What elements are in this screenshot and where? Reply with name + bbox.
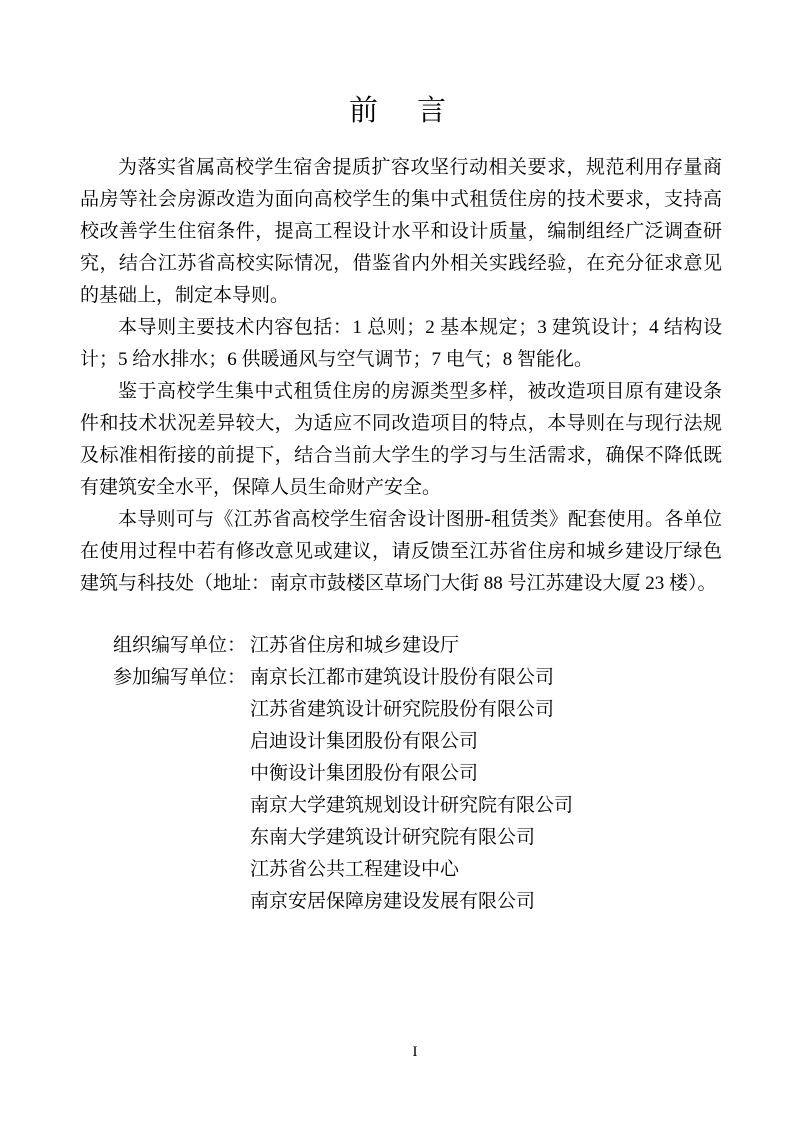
organizer-label: 组织编写单位： <box>113 630 250 662</box>
organizer-name: 江苏省住房和城乡建设厅 <box>250 630 459 662</box>
participant-name: 南京长江都市建筑设计股份有限公司 <box>250 662 554 694</box>
participant-name: 江苏省建筑设计研究院股份有限公司 <box>250 694 740 726</box>
participants-row: 参加编写单位： 南京长江都市建筑设计股份有限公司 <box>113 662 740 694</box>
participant-name: 东南大学建筑设计研究院有限公司 <box>250 822 740 854</box>
credits-section: 组织编写单位： 江苏省住房和城乡建设厅 参加编写单位： 南京长江都市建筑设计股份… <box>113 630 740 918</box>
participant-name: 中衡设计集团股份有限公司 <box>250 758 740 790</box>
paragraph: 本导则主要技术内容包括：1 总则；2 基本规定；3 建筑设计；4 结构设计；5 … <box>80 312 722 376</box>
paragraph: 本导则可与《江苏省高校学生宿舍设计图册-租赁类》配套使用。各单位在使用过程中若有… <box>80 504 722 600</box>
participant-name: 南京大学建筑规划设计研究院有限公司 <box>250 790 740 822</box>
page-title: 前 言 <box>0 93 800 129</box>
participants-list: 江苏省建筑设计研究院股份有限公司启迪设计集团股份有限公司中衡设计集团股份有限公司… <box>113 694 740 918</box>
participants-label: 参加编写单位： <box>113 662 250 694</box>
page-number: I <box>30 1044 800 1060</box>
organizer-row: 组织编写单位： 江苏省住房和城乡建设厅 <box>113 630 740 662</box>
preface-body: 为落实省属高校学生宿舍提质扩容攻坚行动相关要求，规范利用存量商品房等社会房源改造… <box>80 152 722 600</box>
document-page: 前 言 为落实省属高校学生宿舍提质扩容攻坚行动相关要求，规范利用存量商品房等社会… <box>0 0 800 1132</box>
paragraph: 鉴于高校学生集中式租赁住房的房源类型多样，被改造项目原有建设条件和技术状况差异较… <box>80 376 722 504</box>
participant-name: 南京安居保障房建设发展有限公司 <box>250 886 740 918</box>
paragraph: 为落实省属高校学生宿舍提质扩容攻坚行动相关要求，规范利用存量商品房等社会房源改造… <box>80 152 722 312</box>
participant-name: 启迪设计集团股份有限公司 <box>250 726 740 758</box>
participant-name: 江苏省公共工程建设中心 <box>250 854 740 886</box>
